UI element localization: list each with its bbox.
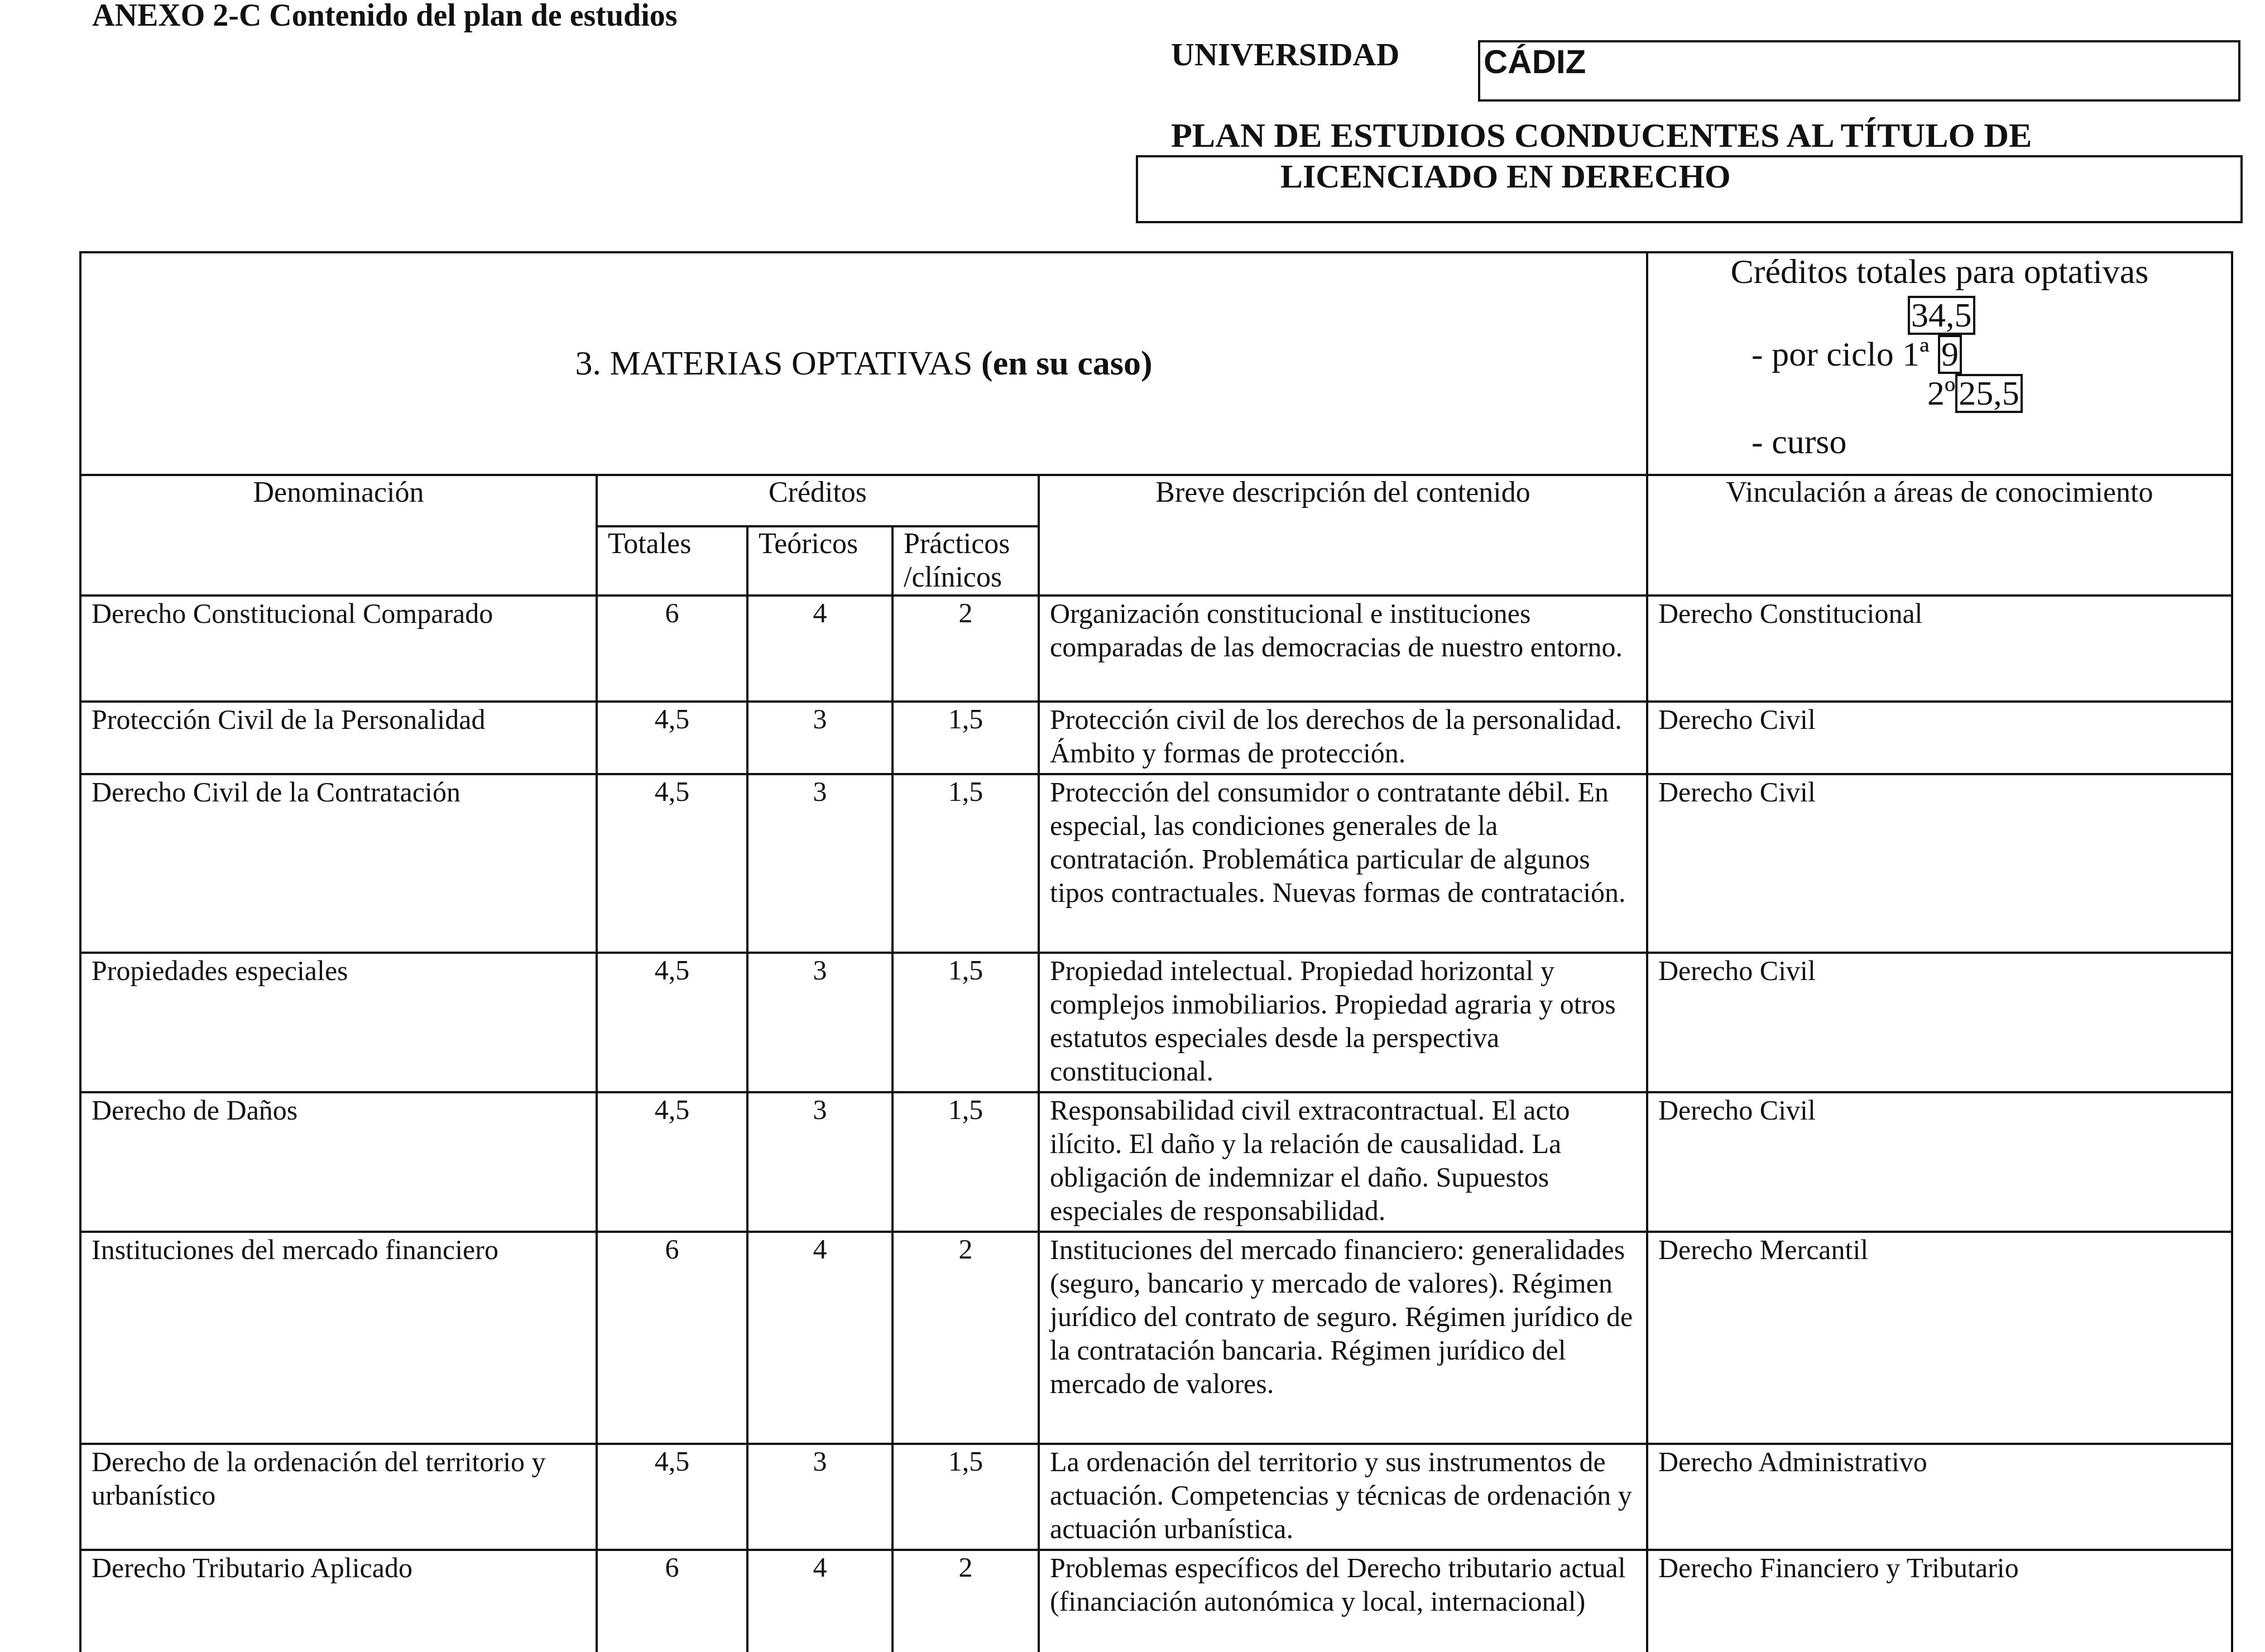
credits-theory: 3 — [747, 1444, 892, 1550]
table-row: Protección Civil de la Personalidad 4,5 … — [80, 702, 2232, 774]
table-row: Derecho de la ordenación del territorio … — [80, 1444, 2232, 1550]
credits-practice: 1,5 — [892, 774, 1039, 953]
credits-theory: 4 — [747, 1550, 892, 1652]
subject-name: Instituciones del mercado financiero — [80, 1232, 597, 1444]
credit-summary: Créditos totales para optativas 34,5 - p… — [1647, 252, 2232, 475]
col-descripcion: Breve descripción del contenido — [1039, 475, 1647, 596]
col-teoricos: Teóricos — [747, 526, 892, 596]
credits-practice: 2 — [892, 1232, 1039, 1444]
university-value: CÁDIZ — [1484, 42, 1586, 81]
knowledge-area: Derecho Civil — [1647, 953, 2232, 1092]
credits-total: 4,5 — [597, 702, 747, 774]
knowledge-area: Derecho Administrativo — [1647, 1444, 2232, 1550]
table-row: Derecho Civil de la Contratación 4,5 3 1… — [80, 774, 2232, 953]
section-qualifier: (en su caso) — [981, 344, 1153, 382]
subject-description: Instituciones del mercado financiero: ge… — [1039, 1232, 1647, 1444]
plan-heading: PLAN DE ESTUDIOS CONDUCENTES AL TÍTULO D… — [1171, 116, 2032, 156]
credits-theory: 3 — [747, 702, 892, 774]
subject-description: Protección del consumidor o contratante … — [1039, 774, 1647, 953]
col-creditos: Créditos — [597, 475, 1039, 526]
knowledge-area: Derecho Civil — [1647, 774, 2232, 953]
credits-theory: 3 — [747, 1092, 892, 1232]
credits-theory: 3 — [747, 953, 892, 1092]
credits-practice: 1,5 — [892, 1092, 1039, 1232]
university-field: CÁDIZ — [1478, 40, 2240, 102]
cycle1-credits-value: 9 — [1938, 335, 1962, 374]
credits-total: 4,5 — [597, 1444, 747, 1550]
subject-name: Derecho de la ordenación del territorio … — [80, 1444, 597, 1550]
credits-practice: 1,5 — [892, 702, 1039, 774]
subject-description: La ordenación del territorio y sus instr… — [1039, 1444, 1647, 1550]
credits-practice: 2 — [892, 1550, 1039, 1652]
total-credits-value: 34,5 — [1908, 296, 1975, 335]
credits-practice: 2 — [892, 596, 1039, 702]
credits-theory: 4 — [747, 1232, 892, 1444]
subject-description: Problemas específicos del Derecho tribut… — [1039, 1550, 1647, 1652]
credits-total: 6 — [597, 1232, 747, 1444]
degree-field: LICENCIADO EN DERECHO — [1136, 155, 2243, 223]
knowledge-area: Derecho Constitucional — [1647, 596, 2232, 702]
table-row: Derecho de Daños 4,5 3 1,5 Responsabilid… — [80, 1092, 2232, 1232]
knowledge-area: Derecho Mercantil — [1647, 1232, 2232, 1444]
credits-practice: 1,5 — [892, 953, 1039, 1092]
table-row: Propiedades especiales 4,5 3 1,5 Propied… — [80, 953, 2232, 1092]
subject-description: Responsabilidad civil extracontractual. … — [1039, 1092, 1647, 1232]
credit-summary-heading: Créditos totales para optativas — [1658, 252, 2221, 292]
table-row: Derecho Tributario Aplicado 6 4 2 Proble… — [80, 1550, 2232, 1652]
optional-subjects-table: 3. MATERIAS OPTATIVAS (en su caso) Crédi… — [79, 251, 2233, 1652]
credits-theory: 4 — [747, 596, 892, 702]
knowledge-area: Derecho Civil — [1647, 702, 2232, 774]
column-header-row: Denominación Créditos Breve descripción … — [80, 475, 2232, 526]
cycle2-label: 2º — [1927, 374, 1955, 412]
col-practicos: Prácticos /clínicos — [892, 526, 1039, 596]
credits-total: 4,5 — [597, 953, 747, 1092]
col-denominacion: Denominación — [80, 475, 597, 596]
section-number: 3. — [575, 344, 601, 382]
university-label: UNIVERSIDAD — [1171, 36, 1399, 73]
subject-name: Derecho Civil de la Contratación — [80, 774, 597, 953]
credits-total: 4,5 — [597, 1092, 747, 1232]
col-vinculacion: Vinculación a áreas de conocimiento — [1647, 475, 2232, 596]
credits-total: 4,5 — [597, 774, 747, 953]
subject-name: Derecho Tributario Aplicado — [80, 1550, 597, 1652]
subject-description: Protección civil de los derechos de la p… — [1039, 702, 1647, 774]
per-cycle-label: - por ciclo 1ª — [1751, 335, 1929, 373]
section-title-text: MATERIAS OPTATIVAS — [610, 344, 972, 382]
knowledge-area: Derecho Financiero y Tributario — [1647, 1550, 2232, 1652]
degree-value: LICENCIADO EN DERECHO — [1280, 157, 1731, 196]
annex-title: ANEXO 2-C Contenido del plan de estudios — [92, 0, 678, 33]
credits-theory: 3 — [747, 774, 892, 953]
knowledge-area: Derecho Civil — [1647, 1092, 2232, 1232]
credits-total: 6 — [597, 1550, 747, 1652]
subject-name: Derecho Constitucional Comparado — [80, 596, 597, 702]
subject-description: Propiedad intelectual. Propiedad horizon… — [1039, 953, 1647, 1092]
course-label: - curso — [1751, 422, 1846, 462]
subject-name: Protección Civil de la Personalidad — [80, 702, 597, 774]
credits-total: 6 — [597, 596, 747, 702]
col-totales: Totales — [597, 526, 747, 596]
subject-name: Derecho de Daños — [80, 1092, 597, 1232]
table-row: Instituciones del mercado financiero 6 4… — [80, 1232, 2232, 1444]
section-header-row: 3. MATERIAS OPTATIVAS (en su caso) Crédi… — [80, 252, 2232, 475]
subject-description: Organización constitucional e institucio… — [1039, 596, 1647, 702]
section-title: 3. MATERIAS OPTATIVAS (en su caso) — [80, 252, 1647, 475]
credits-practice: 1,5 — [892, 1444, 1039, 1550]
subject-name: Propiedades especiales — [80, 953, 597, 1092]
table-row: Derecho Constitucional Comparado 6 4 2 O… — [80, 596, 2232, 702]
cycle2-credits-value: 25,5 — [1955, 374, 2023, 413]
